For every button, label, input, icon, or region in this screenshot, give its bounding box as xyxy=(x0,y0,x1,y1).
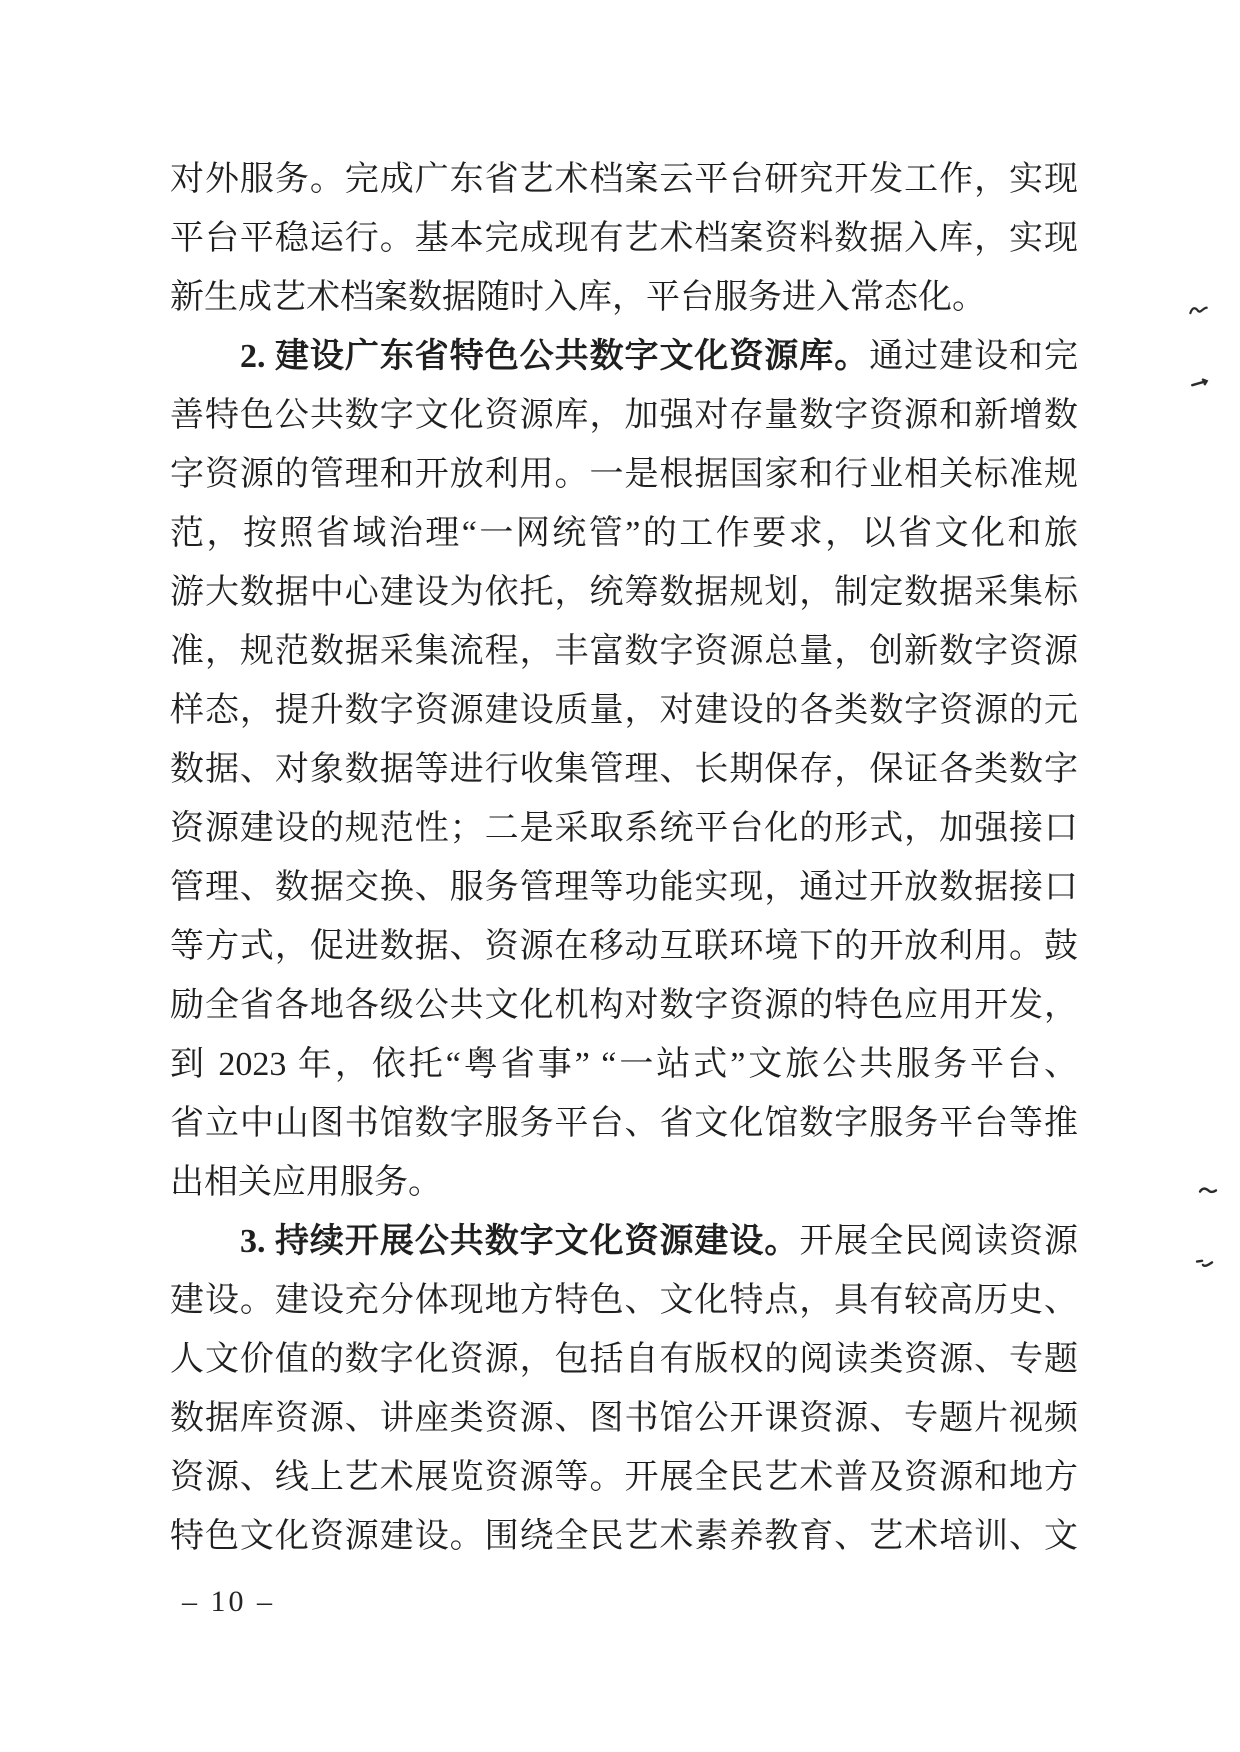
body-text: 新生成艺术档案数据随时入库，平台服务进入常态化。 xyxy=(170,279,986,316)
body-text: 通过建设和完 xyxy=(869,338,1078,375)
body-text: 特色文化资源建设。围绕全民艺术素养教育、艺术培训、文 xyxy=(170,1518,1078,1555)
body-text: 管理、数据交换、服务管理等功能实现，通过开放数据接口 xyxy=(170,869,1078,906)
document-page: 对外服务。完成广东省艺术档案云平台研究开发工作，实现平台平稳运行。基本完成现有艺… xyxy=(0,0,1240,1752)
text-line: 游大数据中心建设为依托，统筹数据规划，制定数据采集标 xyxy=(170,563,1078,622)
text-line: 善特色公共数字文化资源库，加强对存量数字资源和新增数 xyxy=(170,386,1078,445)
text-line: 特色文化资源建设。围绕全民艺术素养教育、艺术培训、文 xyxy=(170,1507,1078,1566)
body-text: 开展全民阅读资源 xyxy=(799,1223,1078,1260)
body-text: 平台平稳运行。基本完成现有艺术档案资料数据入库，实现 xyxy=(170,220,1078,257)
text-line: 准，规范数据采集流程，丰富数字资源总量，创新数字资源 xyxy=(170,622,1078,681)
text-line: 资源建设的规范性；二是采取系统平台化的形式，加强接口 xyxy=(170,799,1078,858)
text-line: 出相关应用服务。 xyxy=(170,1153,1078,1212)
pen-mark-icon xyxy=(1187,302,1209,319)
heading-text: 2. 建设广东省特色公共数字文化资源库。 xyxy=(240,338,869,375)
body-text: 数据、对象数据等进行收集管理、长期保存，保证各类数字 xyxy=(170,751,1078,788)
text-line: 字资源的管理和开放利用。一是根据国家和行业相关标准规 xyxy=(170,445,1078,504)
body-text: 出相关应用服务。 xyxy=(170,1164,442,1201)
text-line: 平台平稳运行。基本完成现有艺术档案资料数据入库，实现 xyxy=(170,209,1078,268)
text-line: 到 2023 年，依托“粤省事” “一站式”文旅公共服务平台、 xyxy=(170,1035,1078,1094)
text-line: 资源、线上艺术展览资源等。开展全民艺术普及资源和地方 xyxy=(170,1448,1078,1507)
text-line: 对外服务。完成广东省艺术档案云平台研究开发工作，实现 xyxy=(170,150,1078,209)
text-line: 管理、数据交换、服务管理等功能实现，通过开放数据接口 xyxy=(170,858,1078,917)
body-text: 等方式，促进数据、资源在移动互联环境下的开放利用。鼓 xyxy=(170,928,1078,965)
body-text: 善特色公共数字文化资源库，加强对存量数字资源和新增数 xyxy=(170,397,1078,434)
page-number: – 10 – xyxy=(182,1585,275,1619)
text-line: 人文价值的数字化资源，包括自有版权的阅读类资源、专题 xyxy=(170,1330,1078,1389)
text-line: 建设。建设充分体现地方特色、文化特点，具有较高历史、 xyxy=(170,1271,1078,1330)
body-text: 样态，提升数字资源建设质量，对建设的各类数字资源的元 xyxy=(170,692,1078,729)
body-text: 游大数据中心建设为依托，统筹数据规划，制定数据采集标 xyxy=(170,574,1078,611)
body-text: 对外服务。完成广东省艺术档案云平台研究开发工作，实现 xyxy=(170,161,1078,198)
pen-mark-icon xyxy=(1189,374,1212,392)
body-text: 范，按照省域治理“一网统管”的工作要求，以省文化和旅 xyxy=(170,515,1078,552)
text-line: 范，按照省域治理“一网统管”的工作要求，以省文化和旅 xyxy=(170,504,1078,563)
pen-mark-icon xyxy=(1198,1183,1219,1198)
text-line: 样态，提升数字资源建设质量，对建设的各类数字资源的元 xyxy=(170,681,1078,740)
text-line: 2. 建设广东省特色公共数字文化资源库。通过建设和完 xyxy=(170,327,1078,386)
heading-text: 3. 持续开展公共数字文化资源建设。 xyxy=(240,1223,799,1260)
text-line: 3. 持续开展公共数字文化资源建设。开展全民阅读资源 xyxy=(170,1212,1078,1271)
text-line: 省立中山图书馆数字服务平台、省文化馆数字服务平台等推 xyxy=(170,1094,1078,1153)
body-text: 准，规范数据采集流程，丰富数字资源总量，创新数字资源 xyxy=(170,633,1078,670)
body-text: 到 2023 年，依托“粤省事” “一站式”文旅公共服务平台、 xyxy=(170,1046,1078,1083)
text-line: 数据库资源、讲座类资源、图书馆公开课资源、专题片视频 xyxy=(170,1389,1078,1448)
body-text: 资源、线上艺术展览资源等。开展全民艺术普及资源和地方 xyxy=(170,1459,1078,1496)
body-text: 字资源的管理和开放利用。一是根据国家和行业相关标准规 xyxy=(170,456,1078,493)
text-line: 励全省各地各级公共文化机构对数字资源的特色应用开发， xyxy=(170,976,1078,1035)
body-text: 建设。建设充分体现地方特色、文化特点，具有较高历史、 xyxy=(170,1282,1078,1319)
body-text: 资源建设的规范性；二是采取系统平台化的形式，加强接口 xyxy=(170,810,1078,847)
body-text: 励全省各地各级公共文化机构对数字资源的特色应用开发， xyxy=(170,987,1078,1024)
text-line: 等方式，促进数据、资源在移动互联环境下的开放利用。鼓 xyxy=(170,917,1078,976)
body-text: 省立中山图书馆数字服务平台、省文化馆数字服务平台等推 xyxy=(170,1105,1078,1142)
text-line: 新生成艺术档案数据随时入库，平台服务进入常态化。 xyxy=(170,268,1078,327)
document-body: 对外服务。完成广东省艺术档案云平台研究开发工作，实现平台平稳运行。基本完成现有艺… xyxy=(170,150,1078,1566)
text-line: 数据、对象数据等进行收集管理、长期保存，保证各类数字 xyxy=(170,740,1078,799)
body-text: 数据库资源、讲座类资源、图书馆公开课资源、专题片视频 xyxy=(170,1400,1078,1437)
pen-mark-icon xyxy=(1195,1255,1216,1270)
body-text: 人文价值的数字化资源，包括自有版权的阅读类资源、专题 xyxy=(170,1341,1078,1378)
